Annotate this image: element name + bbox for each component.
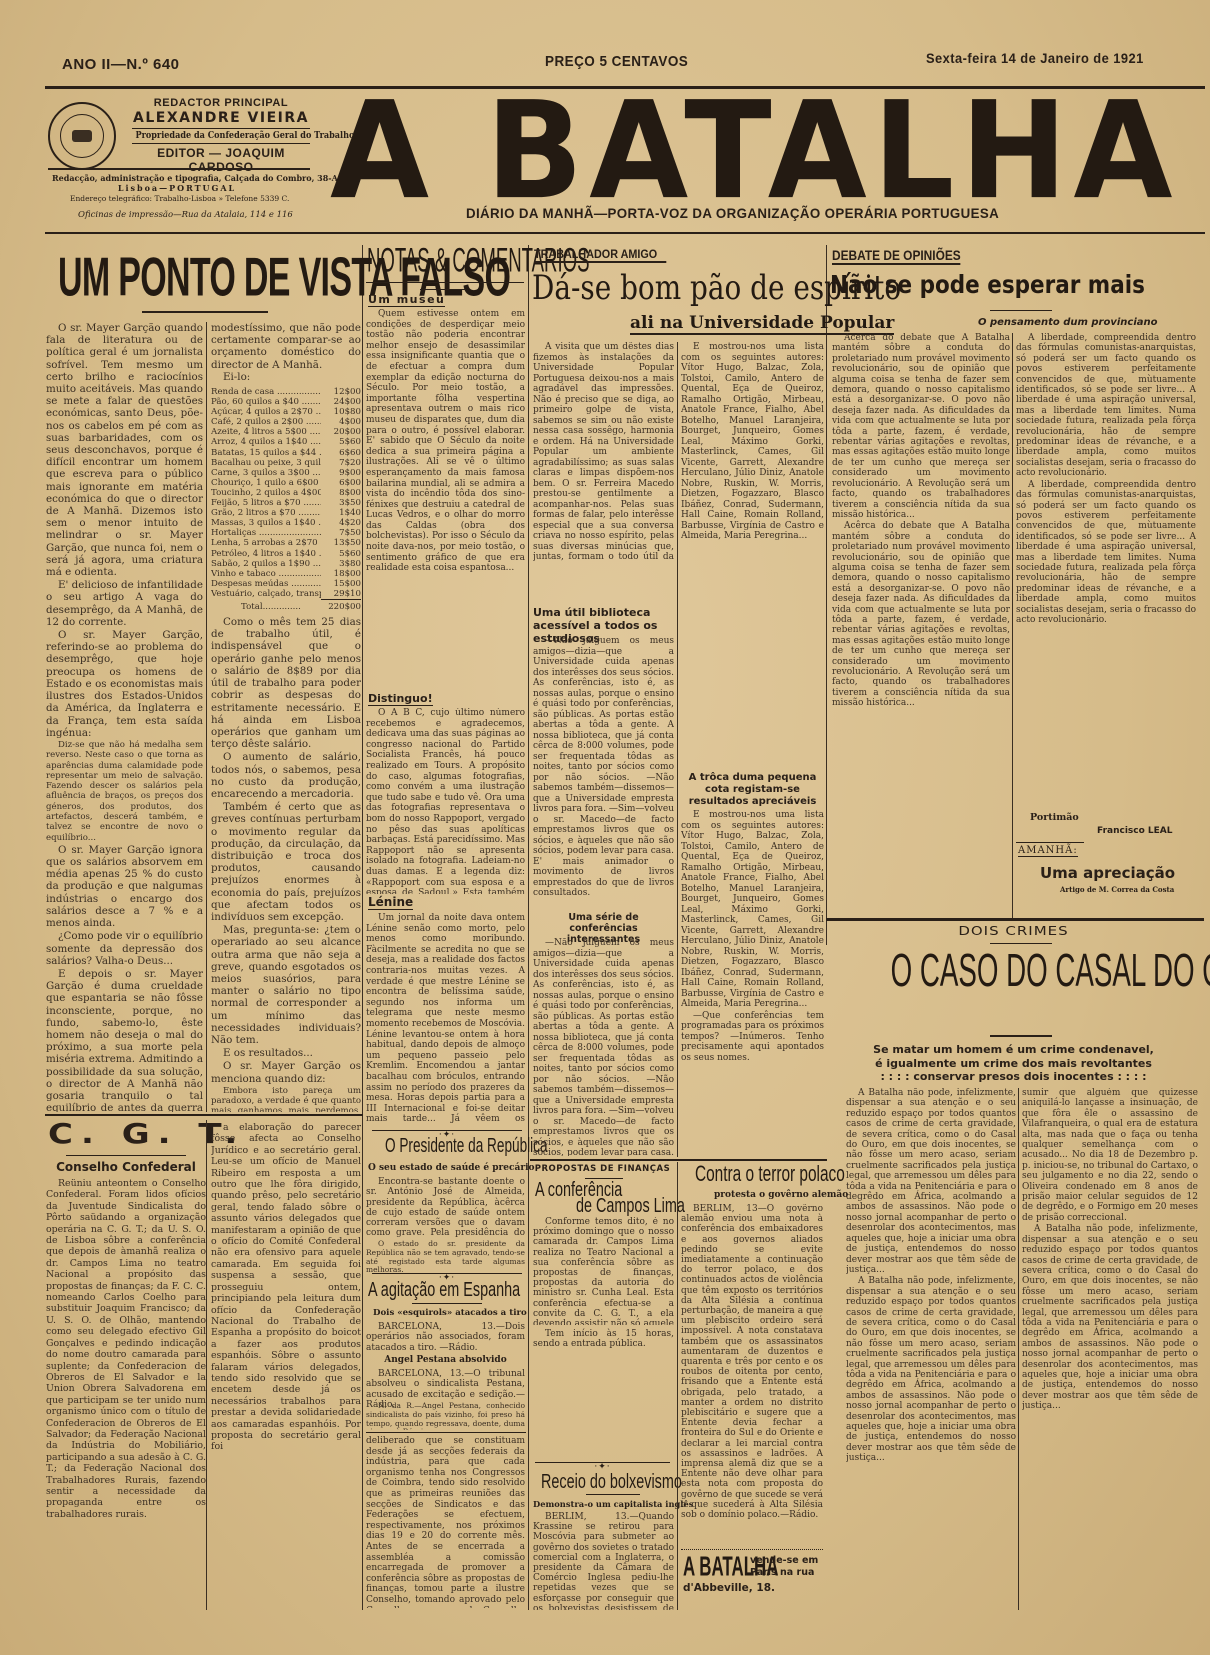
masthead-bottom-rule [45, 232, 1205, 234]
divider [48, 168, 310, 170]
paragraph: Conforme temos dito, é no próximo doming… [533, 1217, 674, 1325]
deck-line: Se matar um homem é um crime condenavel, [826, 1043, 1201, 1057]
paragraph: modestíssimo, que não pode certamente co… [211, 322, 361, 371]
terror-subhead: protesta o govêrno alemão [714, 1190, 848, 1200]
redactor-name: ALEXANDRE VIEIRA [126, 110, 316, 126]
divider [366, 1432, 526, 1433]
paragraph: O sr. Mayer Garção quando fala de litera… [46, 322, 203, 578]
budget-row: Azeite, 4 litros a 5$00 ................… [211, 427, 361, 437]
total-label: Total [241, 602, 263, 612]
budget-value: 3$50 [321, 498, 361, 508]
paragraph: a elaboração do parecer fôsse afecta ao … [211, 1122, 361, 1453]
budget-item: Massas, 3 quilos a 1$40 ................… [211, 518, 321, 528]
espanha-continuation: deliberado que se constituam desde já as… [366, 1436, 525, 1608]
budget-value: 6$00 [321, 478, 361, 488]
city-line: Lisboa—PORTUGAL [52, 183, 302, 193]
budget-item: Azeite, 4 litros a 5$00 ................… [211, 427, 321, 437]
debate-place: Portimão [1030, 812, 1079, 823]
paragraph: A Batalha não pode, infelizmente, dispen… [846, 1088, 1016, 1275]
budget-value: 20$00 [321, 427, 361, 437]
trabalhador-kicker: TRABALHADOR AMIGO [534, 247, 666, 263]
budget-item: Açúcar, 4 quilos a 2$70 ................… [211, 407, 321, 417]
presidente-headline: O Presidente da República [385, 1136, 548, 1156]
budget-row: Grão, 2 litros a $70 ...................… [211, 508, 361, 518]
budget-value: 5$60 [321, 549, 361, 559]
budget-row: Vestuário, calçado, transportes, medicam… [211, 589, 361, 599]
divider [1016, 842, 1084, 843]
budget-value: 3$80 [321, 559, 361, 569]
debate-author: Francisco LEAL [1097, 826, 1173, 836]
column-rule [206, 322, 207, 1112]
paragraph: Também é certo que as greves contínuas p… [211, 801, 361, 923]
budget-value: 10$80 [321, 407, 361, 417]
budget-value: 4$20 [321, 518, 361, 528]
address-line: Redacção, administração e tipografia, Ca… [52, 173, 322, 183]
divider [132, 143, 310, 144]
budget-total-row: Total.............. 220$00 [211, 602, 361, 612]
ad-line: Paris na rua [750, 1567, 818, 1579]
presidente-text: Encontra-se bastante doente o sr. Antóni… [366, 1177, 525, 1237]
divider [990, 310, 1052, 311]
ad-address: d'Abbeville, 18. [683, 1582, 775, 1594]
amanha-title: Uma apreciação [1040, 864, 1175, 882]
issue-date: Sexta-feira 14 de Janeiro de 1921 [926, 50, 1144, 66]
budget-row: Hortaliças ..........................7$5… [211, 528, 361, 538]
column-rule [1012, 333, 1013, 918]
budget-value: 15$00 [321, 579, 361, 589]
paragraph: O sr. Mayer Garção, referindo-se ao prob… [46, 629, 203, 739]
divider [366, 282, 524, 283]
quote: Embora isto pareça um paradoxo, a verdad… [211, 1086, 361, 1112]
column-rule [528, 245, 529, 1610]
budget-row: Bacalhau ou peixe, 3 quilos a 2$40 .....… [211, 458, 361, 468]
cgt-subhead: Conselho Confederal [40, 1160, 212, 1174]
cgt-col1: Reüniu anteontem o Conselho Confederal. … [46, 1178, 206, 1610]
bolxevismo-headline: Receio do bolxevismo [541, 1472, 682, 1492]
debate-col2: A liberdade, compreendida dentro das fór… [1016, 333, 1196, 813]
budget-value: 6$60 [321, 448, 361, 458]
budget-value: 29$10 [321, 589, 361, 599]
espanha-text1: BARCELONA, 13.—Dois operários não associ… [366, 1322, 525, 1354]
budget-row: Batatas, 15 quilos a $44 ...............… [211, 448, 361, 458]
budget-row: Feijão, 5 litros a $70 .................… [211, 498, 361, 508]
newspaper-title: A BATALHA [330, 85, 1179, 219]
budget-item: Petróleo, 4 litros a 1$40 ..............… [211, 549, 321, 559]
troca-subhead: A trôca duma pequena cota registam-se re… [681, 772, 824, 808]
paragraph: Ei-lo: [211, 371, 361, 383]
divider [45, 1114, 363, 1116]
budget-value: 1$40 [321, 508, 361, 518]
budget-row: Massas, 3 quilos a 1$40 ................… [211, 518, 361, 528]
budget-item: Sabão, 2 quilos a 1$90 .................… [211, 559, 321, 569]
budget-item: Arroz, 4 quilos a 1$40 .................… [211, 437, 321, 447]
budget-item: Grão, 2 litros a $70 ...................… [211, 508, 321, 518]
crimes-kicker: DOIS CRIMES [826, 923, 1201, 938]
ad-text: vende-se em Paris na rua [750, 1555, 818, 1579]
paragraph: A liberdade, compreendida dentro das fór… [1016, 333, 1196, 479]
cgt-col2: a elaboração do parecer fôsse afecta ao … [211, 1122, 361, 1610]
budget-row: Lenha, 5 arrobas a 2$70 ................… [211, 538, 361, 548]
serie-text: —Não julguem os meus amigos—dizia—que a … [533, 938, 674, 1156]
budget-value: 24$00 [321, 397, 361, 407]
presidente-subhead: O seu estado de saúde é precário [368, 1163, 535, 1173]
budget-row: Açúcar, 4 quilos a 2$70 ................… [211, 407, 361, 417]
deck-line: : : : : conservar presos dois inocentes … [826, 1070, 1201, 1084]
espanha-sub1: Dois «esquirols» atacados a tiro [373, 1308, 527, 1318]
terror-text: BERLIM, 13—O govêrno alemão enviou uma n… [681, 1204, 823, 1527]
issue-number: ANO II—N.º 640 [62, 56, 180, 73]
budget-value: 12$00 [321, 387, 361, 397]
paragraph: A liberdade, compreendida dentro das fór… [1016, 480, 1196, 626]
paragraph: E os resultados... [211, 1047, 361, 1059]
budget-row: Arroz, 4 quilos a 1$40 .................… [211, 437, 361, 447]
crimes-col2: sumir que alguém que quizesse aniquilá-l… [1022, 1088, 1198, 1610]
distinguo-title: Distinguo! [368, 692, 433, 706]
paragraph: Encontra-se bastante doente o sr. Antóni… [366, 1177, 525, 1237]
bolxevismo-text: BERLIM, 13.—Quando Krassine se retirou p… [533, 1512, 674, 1610]
budget-row: Vinho e tabaco .........................… [211, 569, 361, 579]
column-rule [677, 1162, 678, 1610]
divider [826, 918, 1204, 921]
paragraph: Acêrca do debate que A Batalha mantém sô… [832, 521, 1010, 708]
paragraph: Como o mês tem 25 dias de trabalho útil,… [211, 616, 361, 750]
paragraph: deliberado que se constituam desde já as… [366, 1436, 525, 1608]
paragraph: Mas, pregunta-se: ¿tem o operariado ao s… [211, 924, 361, 1046]
budget-row: Toucinho, 2 quilos a 4$00 ..............… [211, 488, 361, 498]
budget-item: Vestuário, calçado, transportes, medicam… [211, 589, 321, 599]
lenine-text: Um jornal da noite dava ontem Lénine sen… [366, 913, 525, 1123]
divider [420, 289, 466, 290]
museu-text: Quem estivesse ontem em condições de des… [366, 309, 525, 689]
budget-value: 7$20 [321, 458, 361, 468]
paragraph: BERLIM, 13—O govêrno alemão enviou uma n… [681, 1204, 823, 1520]
trabalhador-col1: A visita que um dêstes dias fizemos às i… [533, 342, 674, 562]
newspaper-page: ANO II—N.º 640 PREÇO 5 CENTAVOS Sexta-fe… [0, 0, 1210, 1655]
paragraph: —Não julguem os meus amigos—dizia—que a … [533, 938, 674, 1156]
debate-col1: Acêrca do debate que A Batalha mantém sô… [832, 333, 1010, 913]
paragraph: N. da R.—Angel Pestana, conhecido sindic… [366, 1402, 525, 1430]
paragraph: Tem início às 15 horas, sendo a entrada … [533, 1329, 674, 1349]
paragraph: ¿Como pode vir o equilíbrio somente da d… [46, 930, 203, 967]
redactor-label: REDACTOR PRINCIPAL [126, 97, 316, 109]
newspaper-subtitle: DIÁRIO DA MANHÃ—PORTA-VOZ DA ORGANIZAÇÃO… [466, 205, 999, 221]
paragraph: Um jornal da noite dava ontem Lénine sen… [366, 913, 525, 1123]
budget-item: Hortaliças .......................... [211, 528, 321, 538]
budget-row: Renda de casa ..........................… [211, 387, 361, 397]
divider [990, 1035, 1052, 1037]
biblioteca-text: —Não julguem os meus amigos—dizia—que a … [533, 636, 674, 908]
budget-value: 9$00 [321, 468, 361, 478]
amanha-byline: Artigo de M. Correa da Costa [1060, 885, 1174, 894]
budget-row: Pão, 60 quilos a $40 ...................… [211, 397, 361, 407]
financas-text2: Tem início às 15 horas, sendo a entrada … [533, 1329, 674, 1350]
financas-headline-2: de Campos Lima [576, 1196, 685, 1216]
amanha-label: AMANHÃ: [1018, 845, 1078, 857]
budget-item: Café, 2 quilos a 2$00 ..................… [211, 417, 321, 427]
quote: Diz-se que não há medalha sem reverso. N… [46, 740, 203, 843]
paragraph: E' delicioso de infantilidade o seu arti… [46, 579, 203, 628]
column-rule [677, 342, 678, 1157]
paragraph: A Batalha não pode, infelizmente, dispen… [846, 1276, 1016, 1463]
budget-item: Bacalhau ou peixe, 3 quilos a 2$40 .....… [211, 458, 321, 468]
column-rule [826, 245, 827, 945]
article-falso-col2: modestíssimo, que não pode certamente co… [211, 322, 361, 1112]
paragraph: A Batalha não pode, infelizmente, dispen… [1022, 1224, 1198, 1411]
column-rule [362, 245, 363, 1610]
paragraph: Quem estivesse ontem em condições de des… [366, 309, 525, 574]
financas-kicker: PROPOSTAS DE FINANÇAS [530, 1164, 675, 1174]
article-falso-col1: O sr. Mayer Garção quando fala de litera… [46, 322, 203, 1112]
divider [142, 311, 268, 313]
paragraph: A visita que um dêstes dias fizemos às i… [533, 342, 674, 562]
budget-item: Carne, 3 quilos a 3$00 .................… [211, 468, 321, 478]
cgt-seal-icon [48, 102, 116, 170]
budget-row: Chouriço, 1 quilo a 6$00 ...............… [211, 478, 361, 488]
budget-item: Lenha, 5 arrobas a 2$70 ................… [211, 538, 321, 548]
budget-value: 7$50 [321, 528, 361, 538]
budget-value: 8$00 [321, 488, 361, 498]
debate-kicker: DEBATE DE OPINIÕES [832, 247, 961, 265]
budget-row: Despesas meúdas ........................… [211, 579, 361, 589]
paragraph: O sr. Mayer Garção ignora que os salário… [46, 844, 203, 929]
espanha-headline: A agitação em Espanha [368, 1280, 520, 1300]
debate-headline: Não se pode esperar mais [830, 270, 1145, 299]
paragraph: E mostrou-nos uma lista com os seguintes… [681, 342, 824, 542]
budget-item: Chouriço, 1 quilo a 6$00 ...............… [211, 478, 321, 488]
presidente-note: O estado do sr. presidente da República … [366, 1240, 525, 1276]
budget-item: Batatas, 15 quilos a $44 ...............… [211, 448, 321, 458]
crimes-col1: A Batalha não pode, infelizmente, dispen… [846, 1088, 1016, 1610]
budget-value: 13$50 [321, 538, 361, 548]
budget-item: Toucinho, 2 quilos a 4$00 ..............… [211, 488, 321, 498]
crimes-deck: Se matar um homem é um crime condenavel,… [826, 1043, 1201, 1084]
budget-table: Renda de casa ..........................… [211, 387, 361, 599]
budget-value: 18$00 [321, 569, 361, 579]
crimes-headline: O CASO DO CASAL DO OURO [891, 944, 1142, 997]
budget-row: Carne, 3 quilos a 3$00 .................… [211, 468, 361, 478]
budget-item: Renda de casa .......................... [211, 387, 321, 397]
budget-row: Café, 2 quilos a 2$00 ..................… [211, 417, 361, 427]
paragraph: BERLIM, 13.—Quando Krassine se retirou p… [533, 1512, 674, 1610]
paragraph: Reüniu anteontem o Conselho Confederal. … [46, 1178, 206, 1520]
espanha-note: N. da R.—Angel Pestana, conhecido sindic… [366, 1402, 525, 1430]
paragraph: O aumento de salário, todos nós, o sabem… [211, 751, 361, 800]
budget-item: Pão, 60 quilos a $40 ...................… [211, 397, 321, 407]
paragraph: O estado do sr. presidente da República … [366, 1240, 525, 1275]
ad-line: vende-se em [750, 1555, 818, 1567]
trabalhador-col2: E mostrou-nos uma lista com os seguintes… [681, 342, 824, 768]
deck-line: é igualmente um crime dos mais revoltant… [826, 1057, 1201, 1071]
museu-title: Um museu [368, 293, 445, 307]
column-rule [206, 1120, 207, 1610]
budget-value: 4$00 [321, 417, 361, 427]
budget-item: Despesas meúdas ........................… [211, 579, 321, 589]
distinguo-text: O A B C, cujo último número recebemos e … [366, 708, 525, 894]
budget-row: Petróleo, 4 litros a 1$40 ..............… [211, 549, 361, 559]
paragraph: BARCELONA, 13.—Dois operários não associ… [366, 1322, 525, 1353]
paragraph: Acêrca do debate que A Batalha mantém sô… [832, 333, 1010, 520]
paragraph: E depois o sr. Mayer Garção é duma cruel… [46, 968, 203, 1112]
terror-headline: Contra o terror polaco [695, 1163, 845, 1185]
paragraph: sumir que alguém que quizesse aniquilá-l… [1022, 1088, 1198, 1223]
trabalhador-col2-cont: E mostrou-nos uma lista com os seguintes… [681, 810, 824, 1156]
bolxevismo-subhead: Demonstra-o um capitalista inglês [533, 1499, 693, 1509]
espanha-sub2: Angel Pestana absolvido [366, 1355, 525, 1365]
divider [586, 1494, 640, 1495]
divider [412, 1303, 482, 1304]
budget-item: Feijão, 5 litros a $70 .................… [211, 498, 321, 508]
paragraph: O A B C, cujo último número recebemos e … [366, 708, 525, 894]
ownership-line: Propriedade da Confederação Geral do Tra… [136, 131, 307, 141]
paragraph: E mostrou-nos uma lista com os seguintes… [681, 810, 824, 1010]
telegraph-line: Endereço telegráfico: Trabalho-Lisboa » … [70, 194, 320, 203]
total-value: 220$00 [321, 602, 361, 612]
trabalhador-subhead: ali na Universidade Popular [630, 313, 894, 335]
budget-item: Vinho e tabaco .........................… [211, 569, 321, 579]
column-rule [1018, 1088, 1019, 1610]
divider [132, 128, 310, 129]
paragraph: O sr. Mayer Garção os menciona quando di… [211, 1060, 361, 1084]
financas-text: Conforme temos dito, é no próximo doming… [533, 1217, 674, 1325]
paragraph: —Não julguem os meus amigos—dizia—que a … [533, 636, 674, 899]
budget-row: Sabão, 2 quilos a 1$90 .................… [211, 559, 361, 569]
workshops-line: Oficinas de impressão—Rua da Atalaia, 11… [78, 210, 328, 220]
divider [66, 1155, 186, 1156]
budget-value: 5$60 [321, 437, 361, 447]
paragraph: —Que conferências tem programadas para o… [681, 1011, 824, 1064]
lenine-title: Lénine [368, 895, 413, 910]
debate-subhead: O pensamento dum provinciano [978, 317, 1158, 328]
price: PREÇO 5 CENTAVOS [545, 53, 688, 70]
